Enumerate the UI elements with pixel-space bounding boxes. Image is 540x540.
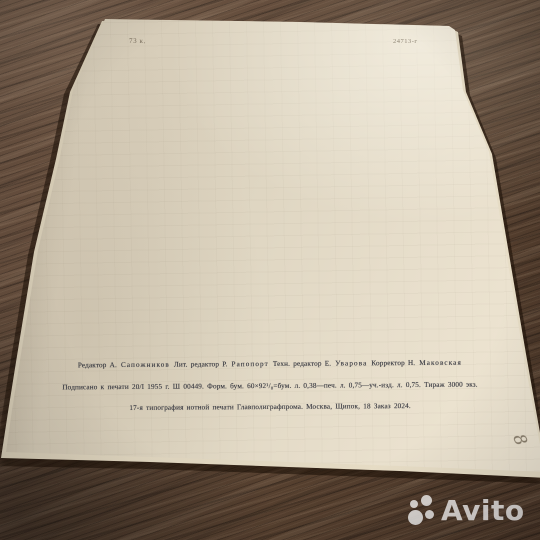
lit-editor-name: Рапопорт — [231, 360, 268, 368]
price-label: 73 к. — [129, 37, 146, 45]
colophon-block: Редактор А.СапожниковЛит. редактор Р.Рап… — [28, 358, 512, 413]
tech-editor-label: Техн. редактор Е. — [273, 360, 331, 368]
corrector-label: Корректор Н. — [371, 359, 415, 367]
photo-of-booklet-on-table: 73 к. 24713-г Редактор А.СапожниковЛит. … — [0, 0, 540, 540]
tech-editor-name: Уварова — [335, 359, 367, 367]
colophon-line-print-info: Подписано к печати 20/I 1955 г. Ш 00449.… — [28, 380, 512, 392]
editor-label: Редактор А. — [78, 361, 117, 369]
avito-logo-icon — [408, 495, 435, 526]
editor-name: Сапожников — [121, 361, 170, 369]
lit-editor-label: Лит. редактор Р. — [174, 360, 228, 368]
avito-watermark-text: Avito — [441, 497, 525, 525]
corrector-name: Маковская — [419, 359, 462, 367]
plate-number: 24713-г — [393, 38, 418, 45]
avito-watermark: Avito — [408, 495, 525, 526]
